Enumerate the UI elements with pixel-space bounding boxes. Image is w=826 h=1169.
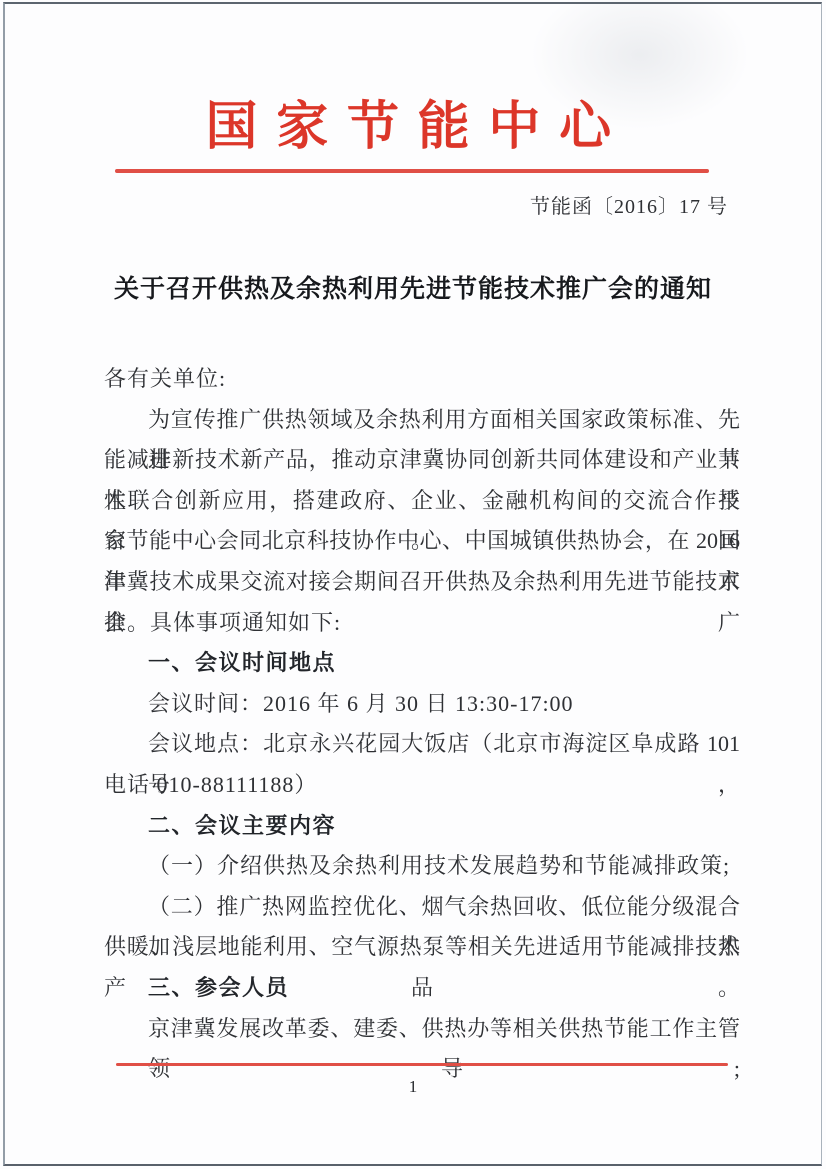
- meeting-time-line: 会议时间：2016 年 6 月 30 日 13:30-17:00: [104, 684, 740, 725]
- document-title: 关于召开供热及余热利用先进节能技术推广会的通知: [0, 272, 826, 308]
- section-heading-1: 一、会议时间地点: [104, 643, 740, 684]
- attendees-line: 京津冀发展改革委、建委、供热办等相关供热节能工作主管领导;: [104, 1009, 740, 1050]
- salutation-line: 各有关单位:: [104, 359, 740, 400]
- agenda-item-line: 供暖、浅层地能利用、空气源热泵等相关先进适用节能减排技术产品。: [104, 927, 740, 968]
- body-line: 为宣传推广供热领域及余热利用方面相关国家政策标准、先进节: [104, 400, 740, 441]
- agenda-item-line: （二）推广热网监控优化、烟气余热回收、低位能分级混合加热: [104, 887, 740, 928]
- document-number: 节能函〔2016〕17 号: [530, 193, 728, 221]
- meeting-location-line: 会议地点：北京永兴花园大饭店（北京市海淀区阜成路 101 号，: [104, 724, 740, 765]
- letterhead-org-name: 国家节能中心: [0, 96, 826, 160]
- letterhead-divider-rule: [115, 169, 709, 173]
- body-line: 津冀技术成果交流对接会期间召开供热及余热利用先进节能技术推广: [104, 562, 740, 603]
- body-line: 术联合创新应用，搭建政府、企业、金融机构间的交流合作平台。国: [104, 481, 740, 522]
- section-heading-2: 二、会议主要内容: [104, 806, 740, 847]
- body-line: 能减排新技术新产品，推动京津冀协同创新共同体建设和产业共性技: [104, 440, 740, 481]
- document-body: 各有关单位: 为宣传推广供热领域及余热利用方面相关国家政策标准、先进节 能减排新…: [104, 359, 740, 1049]
- body-line: 家节能中心会同北京科技协作中心、中国城镇供热协会，在 2016 年京: [104, 521, 740, 562]
- scanned-document-page: 国家节能中心 节能函〔2016〕17 号 关于召开供热及余热利用先进节能技术推广…: [0, 0, 826, 1169]
- agenda-item-line: （一）介绍供热及余热利用技术发展趋势和节能减排政策;: [104, 846, 740, 887]
- footer-divider-rule: [116, 1063, 728, 1066]
- page-number: 1: [0, 1076, 826, 1098]
